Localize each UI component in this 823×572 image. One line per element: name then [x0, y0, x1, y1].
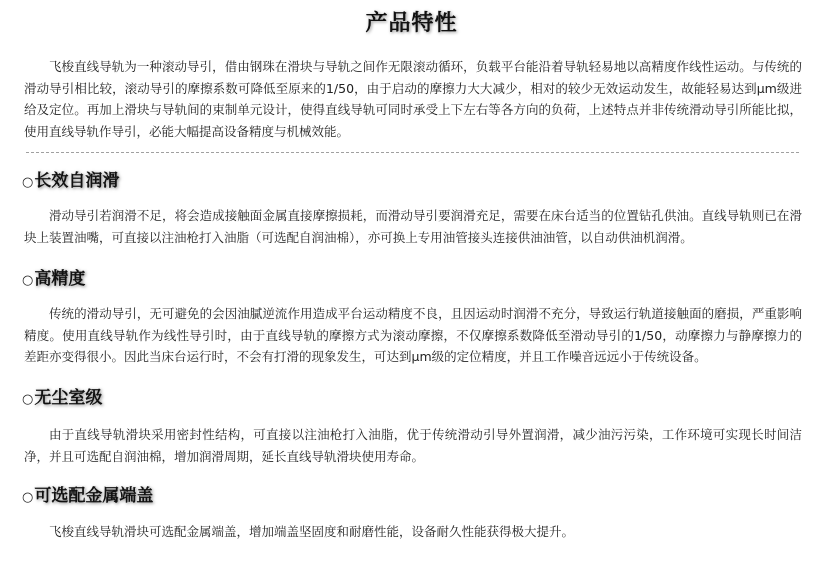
section-body-self-lubrication: 滑动导引若润滑不足，将会造成接触面金属直接摩擦损耗，而滑动导引要润滑充足，需要在…	[24, 205, 802, 248]
section-heading-self-lubrication: ○长效自润滑	[22, 169, 119, 195]
dashed-divider	[26, 152, 799, 153]
circle-bullet-icon: ○	[22, 392, 33, 407]
section-heading-text: 可选配金属端盖	[34, 486, 153, 506]
circle-bullet-icon: ○	[22, 273, 33, 288]
section-body-high-precision: 传统的滑动导引，无可避免的会因油膩逆流作用造成平台运动精度不良，且因运动时润滑不…	[24, 303, 802, 368]
section-body-metal-end-cap: 飞梭直线导轨滑块可选配金属端盖，增加端盖坚固度和耐磨性能，设备耐久性能获得极大提…	[24, 521, 802, 543]
circle-bullet-icon: ○	[22, 175, 33, 190]
section-heading-high-precision: ○高精度	[22, 267, 85, 293]
section-heading-cleanroom: ○无尘室级	[22, 386, 102, 412]
section-heading-text: 无尘室级	[34, 388, 102, 408]
section-heading-metal-end-cap: ○可选配金属端盖	[22, 484, 153, 510]
section-heading-text: 高精度	[34, 269, 85, 289]
page-title: 产品特性	[0, 6, 823, 42]
section-heading-text: 长效自润滑	[34, 171, 119, 191]
circle-bullet-icon: ○	[22, 490, 33, 505]
intro-paragraph: 飞梭直线导轨为一种滚动导引，借由钢珠在滑块与导轨之间作无限滚动循环，负载平台能沿…	[24, 56, 802, 142]
section-body-cleanroom: 由于直线导轨滑块采用密封性结构，可直接以注油枪打入油脂，优于传统滑动引导外置润滑…	[24, 424, 802, 467]
product-features-page: 产品特性 飞梭直线导轨为一种滚动导引，借由钢珠在滑块与导轨之间作无限滚动循环，负…	[0, 0, 823, 572]
